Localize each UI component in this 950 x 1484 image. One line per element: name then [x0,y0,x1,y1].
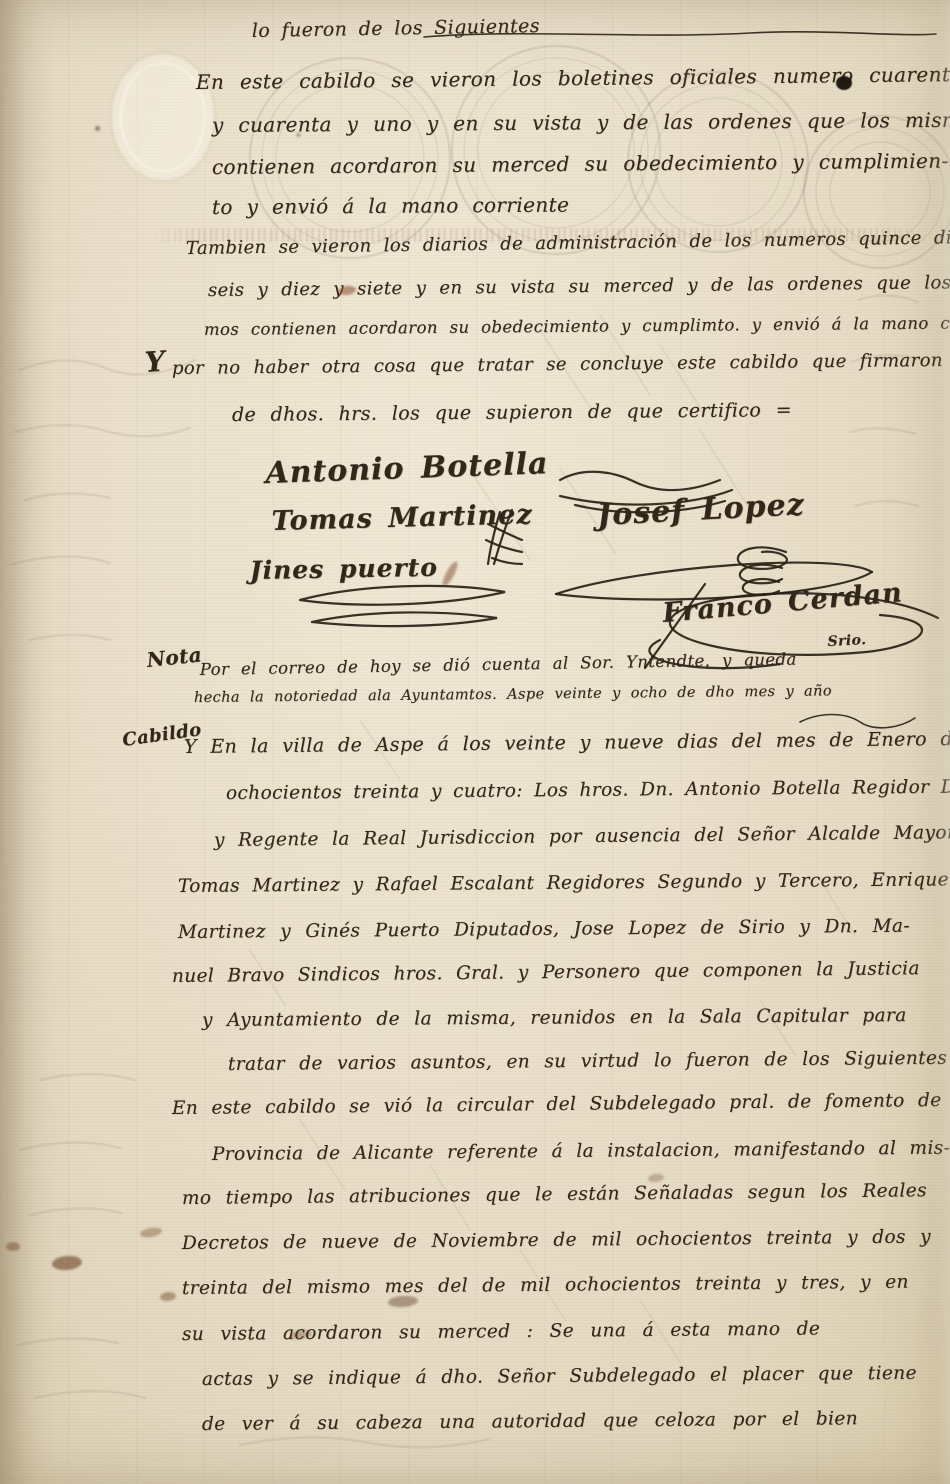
paper-stain [139,1226,162,1239]
manuscript-line: nuel Bravo Sindicos hros. Gral. y Person… [172,958,920,987]
margin-label: Srio. [827,632,867,650]
manuscript-line: su vista acordaron su merced : Se una á … [182,1318,820,1345]
insertion-caret-squiggle [800,715,915,728]
signature: Josef Lopez [596,487,805,533]
manuscript-line: to y envió á la mano corriente [212,193,570,219]
signature: Franco Cerdan [661,577,904,629]
manuscript-line: lo fueron de los Siguientes [252,15,540,42]
manuscript-line: seis y diez y siete y en su vista su mer… [208,272,950,301]
manuscript-line: Provincia de Alicante referente á la ins… [212,1138,950,1165]
manuscript-line: y cuarenta y uno y en su vista y de las … [212,108,950,137]
signature: Jines puerto [249,553,438,585]
manuscript-line: treinta del mismo mes del de mil ochocie… [182,1272,909,1299]
manuscript-line: mos contienen acordaron su obedecimiento… [204,313,950,339]
paper-stain [51,1255,82,1272]
manuscript-line: Decretos de nueve de Noviembre de mil oc… [182,1226,931,1254]
paper-stain [388,1295,419,1308]
signature-rubric-puerto-icon [300,586,505,626]
manuscript-line: Martinez y Ginés Puerto Diputados, Jose … [178,916,910,943]
manuscript-line: Por el correo de hoy se dió cuenta al So… [200,650,797,679]
paper-stain [440,560,460,588]
manuscript-line: hecha la notoriedad ala Ayuntamtos. Aspe… [194,683,832,706]
paper-stain [95,126,100,131]
margin-label: Nota [145,642,203,672]
blind-embossed-seal-icon [121,63,205,171]
manuscript-line: En este cabildo se vió la circular del S… [172,1090,950,1119]
manuscript-line: tratar de varios asuntos, en su virtud l… [228,1048,948,1075]
manuscript-line: contienen acordaron su merced su obedeci… [212,149,949,179]
manuscript-line: y Regente la Real Jurisdiccion por ausen… [214,822,950,851]
manuscript-line: ochocientos treinta y cuatro: Los hros. … [226,776,950,804]
manuscript-line: actas y se indique á dho. Señor Subdeleg… [202,1363,917,1390]
manuscript-line: por no haber otra cosa que tratar se con… [172,350,943,379]
manuscript-page: lo fueron de los SiguientesEn este cabil… [0,0,950,1484]
manuscript-line: Y En la villa de Aspe á los veinte y nue… [184,727,950,758]
ink-blot-icon [836,76,852,90]
paper-stain [648,1173,665,1183]
manuscript-line: de ver á su cabeza una autoridad que cel… [202,1408,858,1435]
paper-stain [6,1242,20,1251]
manuscript-line: de dhos. hrs. los que supieron de que ce… [232,399,792,426]
signature: Antonio Botella [265,446,549,491]
manuscript-line: Tomas Martinez y Rafael Escalant Regidor… [178,869,949,897]
paper-stain [296,133,301,137]
manuscript-line: mo tiempo las atribuciones que le están … [182,1180,927,1209]
paper-stain [160,1291,177,1302]
manuscript-line: y Ayuntamiento de la misma, reunidos en … [202,1005,907,1031]
signature: Tomas Martinez [271,499,533,537]
margin-label: Y [144,345,167,379]
